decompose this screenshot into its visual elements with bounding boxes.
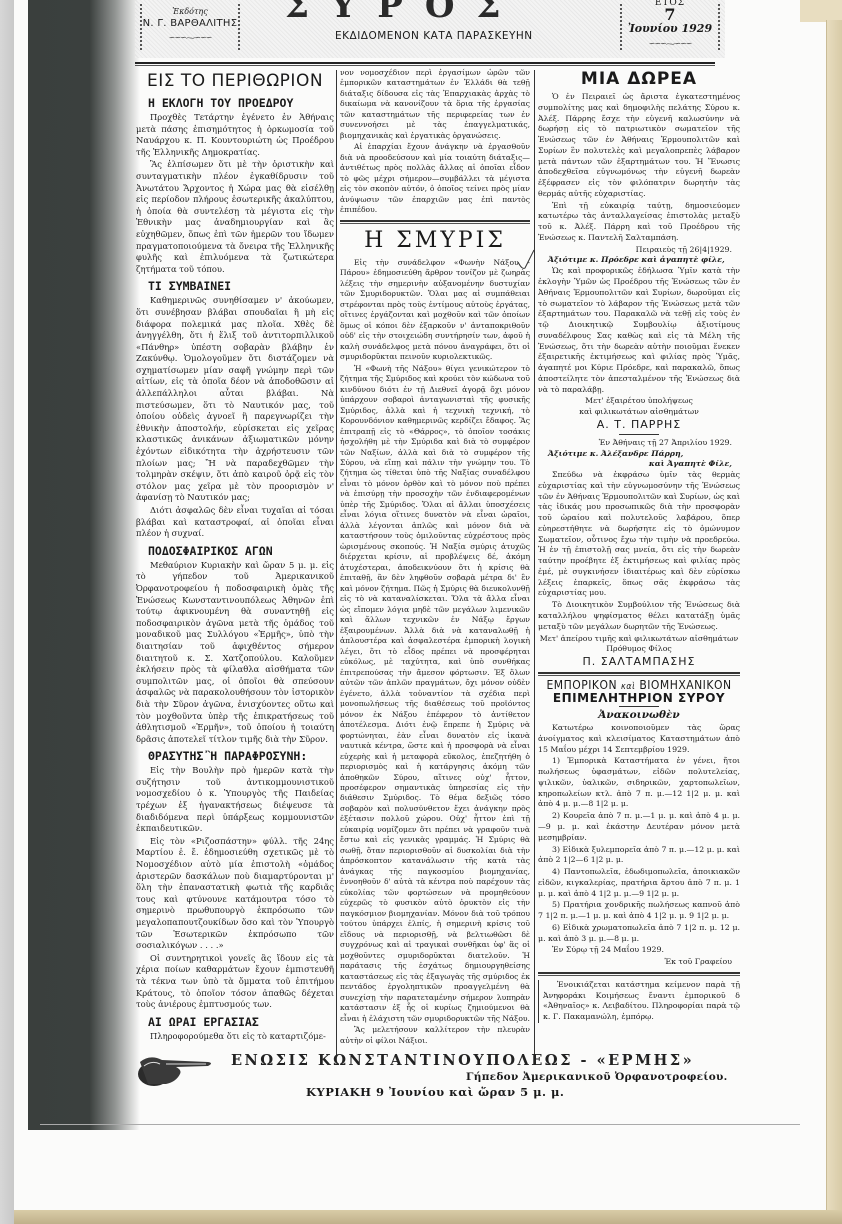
- page-edge-right: [826, 20, 842, 1224]
- classified-ad: Ἐνοικιάζεται κατάστημα κείμενον παρὰ τῇ …: [538, 980, 740, 1023]
- hours-list-item: 6) Εἰδικὰ χρωματοπωλεῖα ἀπὸ 7 1|2 π. μ. …: [538, 923, 740, 945]
- letter-body: Ὡς καὶ προφορικῶς ἐδήλωσα Ὑμῖν κατὰ τὴν …: [538, 266, 740, 395]
- letter-body: Σπεύδω νὰ ἐκφράσω ὑμῖν τὰς θερμὰς εὐχαρι…: [538, 470, 740, 599]
- article-title: ΜΙΑ ΔΩΡΕΑ: [538, 68, 740, 90]
- article-heading: ΘΡΑΣΥΤΗΣ Ἢ ΠΑΡΑΦΡΟΣΥΝΗ:: [148, 748, 334, 764]
- hours-list-item: 4) Παντοπωλεῖα, ἐδωδιμοπωλεῖα, ἀποικιακῶ…: [538, 867, 740, 899]
- article-paragraph: Εἰς τὴν Βουλὴν πρὸ ἡμερῶν κατὰ τὴν συζήτ…: [136, 765, 334, 835]
- article-paragraph: Ὁ ἐν Πειραιεῖ ὡς ἄριστα ἐγκατεστημένος σ…: [538, 92, 740, 200]
- article-divider: [340, 220, 530, 224]
- letter-closing: Μετ' ἀπείρου τιμῆς καὶ φιλικωτάτων αἰσθη…: [538, 634, 740, 645]
- hours-list-item: 2) Κουρεῖα ἀπὸ 7 π. μ.—1 μ. μ. καὶ ἀπὸ 4…: [538, 811, 740, 843]
- article-paragraph: Εἰς τὴν συνάδελφον «Φωνὴν Νάξου - Πάρου»…: [340, 258, 530, 363]
- letter-signature: Π. ΣΑΛΤΑΜΠΑΣΗΣ: [538, 657, 740, 668]
- announcement-place-date: Ἐν Σύρῳ τῇ 24 Μαΐου 1929.: [538, 945, 740, 956]
- column-divider: [336, 70, 337, 1055]
- issue-date-box: ΕΤΟΣ 7 Ἰουνίου 1929 ∽∽∽⌢⌣∽∽∽: [620, 4, 720, 50]
- divider: [619, 434, 659, 435]
- article-paragraph: Διότι ἀσφαλῶς δὲν εἶναι τυχαῖαι αἱ τόσαι…: [136, 505, 334, 540]
- publisher-name: Ν. Γ. ΒΑΡΘΑΛΙΤΗΣ: [142, 18, 238, 29]
- column-divider: [534, 70, 535, 1055]
- article-heading: ΤΙ ΣΥΜΒΑΙΝΕΙ: [148, 278, 334, 294]
- ornament-icon: ∽∽∽⌢⌣∽∽∽: [622, 39, 718, 49]
- article-paragraph: Ἂς μελετήσουν καλλίτερον τὴν πλευρὰν αὐτ…: [340, 1025, 530, 1046]
- page-edge-top: [800, 0, 842, 22]
- letter-closing: Μετ' ἐξαιρέτου ὑπολήψεως: [538, 396, 740, 407]
- letter-closing: καὶ φιλικωτάτων αἰσθημάτων: [538, 407, 740, 418]
- article-title: Η ΣΜΥΡΙΣ: [340, 228, 530, 254]
- letter-place-date: Πειραιεὺς τῇ 26|4|1929.: [538, 245, 740, 256]
- letter-place-date: Ἐν Ἀθήναις τῇ 27 Ἀπριλίου 1929.: [538, 438, 740, 449]
- pen-check-mark-icon: [516, 248, 536, 272]
- letter-salutation: Ἀξιότιμε κ. Πρόεδρε καὶ ἀγαπητὲ φίλε,: [538, 255, 740, 266]
- article-paragraph: Ἐπὶ τῇ εὐκαιρίᾳ ταύτῃ, δημοσιεύομεν κατω…: [538, 201, 740, 244]
- masthead-tagline: ΕΚΔΙΔΟΜΕΝΟΝ ΚΑΤΑ ΠΑΡΑΣΚΕΥΗΝ: [335, 30, 533, 42]
- article-continuation: νον νομοσχέδιον περὶ ἐργασίμων ὡρῶν τῶν …: [340, 68, 530, 141]
- letter-closing: Πρόθυμος Φίλος: [538, 644, 740, 655]
- article-heading: ΠΟΔΟΣΦΑΙΡΙΚΟΣ ΑΓΩΝ: [148, 543, 334, 559]
- article-paragraph: Ἂς ἐλπίσωμεν ὅτι μὲ τὴν ὁριστικὴν καὶ συ…: [136, 159, 334, 275]
- masthead-divider: [135, 62, 715, 66]
- article-paragraph: Καθημερινῶς συνηθίσαμεν ν' ἀκούωμεν, ὅτι…: [136, 295, 334, 504]
- ad-date-time: ΚΥΡΙΑΚΗ 9 Ἰουνίου καὶ ὥραν 5 μ. μ.: [306, 1085, 564, 1099]
- chamber-name: ΕΠΙΜΕΛΗΤΗΡΙΟΝ ΣΥΡΟΥ: [538, 693, 740, 704]
- section-title: ΕΙΣ ΤΟ ΠΕΡΙΘΩΡΙΟΝ: [136, 70, 334, 92]
- masthead: ΣΥΡΟΣ Ἐκδότης Ν. Γ. ΒΑΡΘΑΛΙΤΗΣ ∽∽∽⌢⌣∽∽∽ …: [135, 0, 725, 62]
- chamber-heading-part: ΕΜΠΟΡΙΚΟΝ: [546, 678, 617, 692]
- binding-shadow: [28, 0, 140, 1130]
- ad-title: ΕΝΩΣΙΣ ΚΩΝΣΤΑΝΤΙΝΟΥΠΟΛΕΩΣ - «ΕΡΜΗΣ»: [231, 1052, 694, 1069]
- article-paragraph: Μεθαύριον Κυριακὴν καὶ ὥραν 5 μ. μ. εἰς …: [136, 560, 334, 746]
- ad-venue: Γήπεδον Ἀμερικανικοῦ Ὀρφανοτροφείου.: [466, 1071, 728, 1083]
- article-paragraph: Πληροφορούμεθα ὅτι εἰς τὸ καταρτιζόμε-: [136, 1031, 334, 1043]
- column-3: ΜΙΑ ΔΩΡΕΑ Ὁ ἐν Πειραιεῖ ὡς ἄριστα ἐγκατε…: [538, 68, 740, 1024]
- column-2: νον νομοσχέδιον περὶ ἐργασίμων ὡρῶν τῶν …: [340, 68, 530, 1047]
- article-paragraph: Οἱ συντηρητικοὶ γονεῖς ἂς ἴδουν εἰς τὰ χ…: [136, 953, 334, 1011]
- letter-body: Τὸ Διοικητικὸν Συμβούλιον τῆς Ἑνώσεως δι…: [538, 600, 740, 632]
- article-paragraph: Ἡ «Φωνὴ τῆς Νάξου» θίγει γενικώτερον τὸ …: [340, 364, 530, 1025]
- article-paragraph: Εἰς τὸν «Ριζοσπάστην» φύλλ. τῆς 24ης Μαρ…: [136, 836, 334, 952]
- hours-list-item: 1) Ἐμπορικὰ Καταστήματα ἐν γένει, ἤτοι π…: [538, 756, 740, 810]
- article-heading: ΑΙ ΩΡΑΙ ΕΡΓΑΣΙΑΣ: [148, 1014, 334, 1030]
- hours-list-item: 5) Πρατήρια χονδρικῆς πωλήσεως καπνοῦ ἀπ…: [538, 900, 740, 922]
- hours-list-item: 3) Εἰδικὰ ξυλεμπορεῖα ἀπὸ 7 π. μ.—12 μ. …: [538, 845, 740, 867]
- article-divider: [538, 672, 740, 676]
- publisher-box: Ἐκδότης Ν. Γ. ΒΑΡΘΑΛΙΤΗΣ ∽∽∽⌢⌣∽∽∽: [140, 4, 240, 50]
- letter-signature: Α. Τ. ΠΑΡΡΗΣ: [538, 420, 740, 431]
- announcement-heading: Ἀνακοινωθὲν: [538, 710, 740, 721]
- letter-salutation: καὶ Ἀγαπητὲ Φίλε,: [538, 459, 740, 470]
- page-edge-bottom: [14, 1210, 842, 1224]
- article-paragraph: Αἱ ἐπαρχίαι ἔχουν ἀνάγκην νὰ ἐργασθοῦν δ…: [340, 142, 530, 215]
- page-bottom-rule: [40, 1124, 800, 1125]
- pointing-hand-icon: [136, 1052, 216, 1088]
- letter-salutation: Ἀξιότιμε κ. Ἀλέξανδρε Πάρρη,: [538, 449, 740, 460]
- column-1: ΕΙΣ ΤΟ ΠΕΡΙΘΩΡΙΟΝ Η ΕΚΛΟΓΗ ΤΟΥ ΠΡΟΕΔΡΟΥ …: [136, 68, 334, 1043]
- newspaper-title-fragment: ΣΥΡΟΣ: [285, 0, 523, 26]
- announcement-intro: Κατωτέρω κοινοποιοῦμεν τὰς ὥρας ἀνοίγματ…: [538, 723, 740, 755]
- ornament-icon: ∽∽∽⌢⌣∽∽∽: [142, 33, 238, 43]
- article-paragraph: Προχθὲς Τετάρτην ἐγένετο ἐν Ἀθήναις μετὰ…: [136, 112, 334, 158]
- article-divider: [538, 972, 740, 976]
- article-heading: Η ΕΚΛΟΓΗ ΤΟΥ ΠΡΟΕΔΡΟΥ: [148, 95, 334, 111]
- announcement-from: Ἐκ τοῦ Γραφείου: [538, 957, 740, 968]
- issue-month-year: Ἰουνίου 1929: [622, 22, 718, 35]
- chamber-heading-part: ΒΙΟΜΗΧΑΝΙΚΟΝ: [639, 678, 731, 692]
- issue-day: 7: [622, 8, 718, 22]
- divider: [619, 706, 659, 707]
- publisher-label: Ἐκδότης: [142, 7, 238, 16]
- football-match-ad: ΕΝΩΣΙΣ ΚΩΝΣΤΑΝΤΙΝΟΥΠΟΛΕΩΣ - «ΕΡΜΗΣ» Γήπε…: [136, 1052, 736, 1112]
